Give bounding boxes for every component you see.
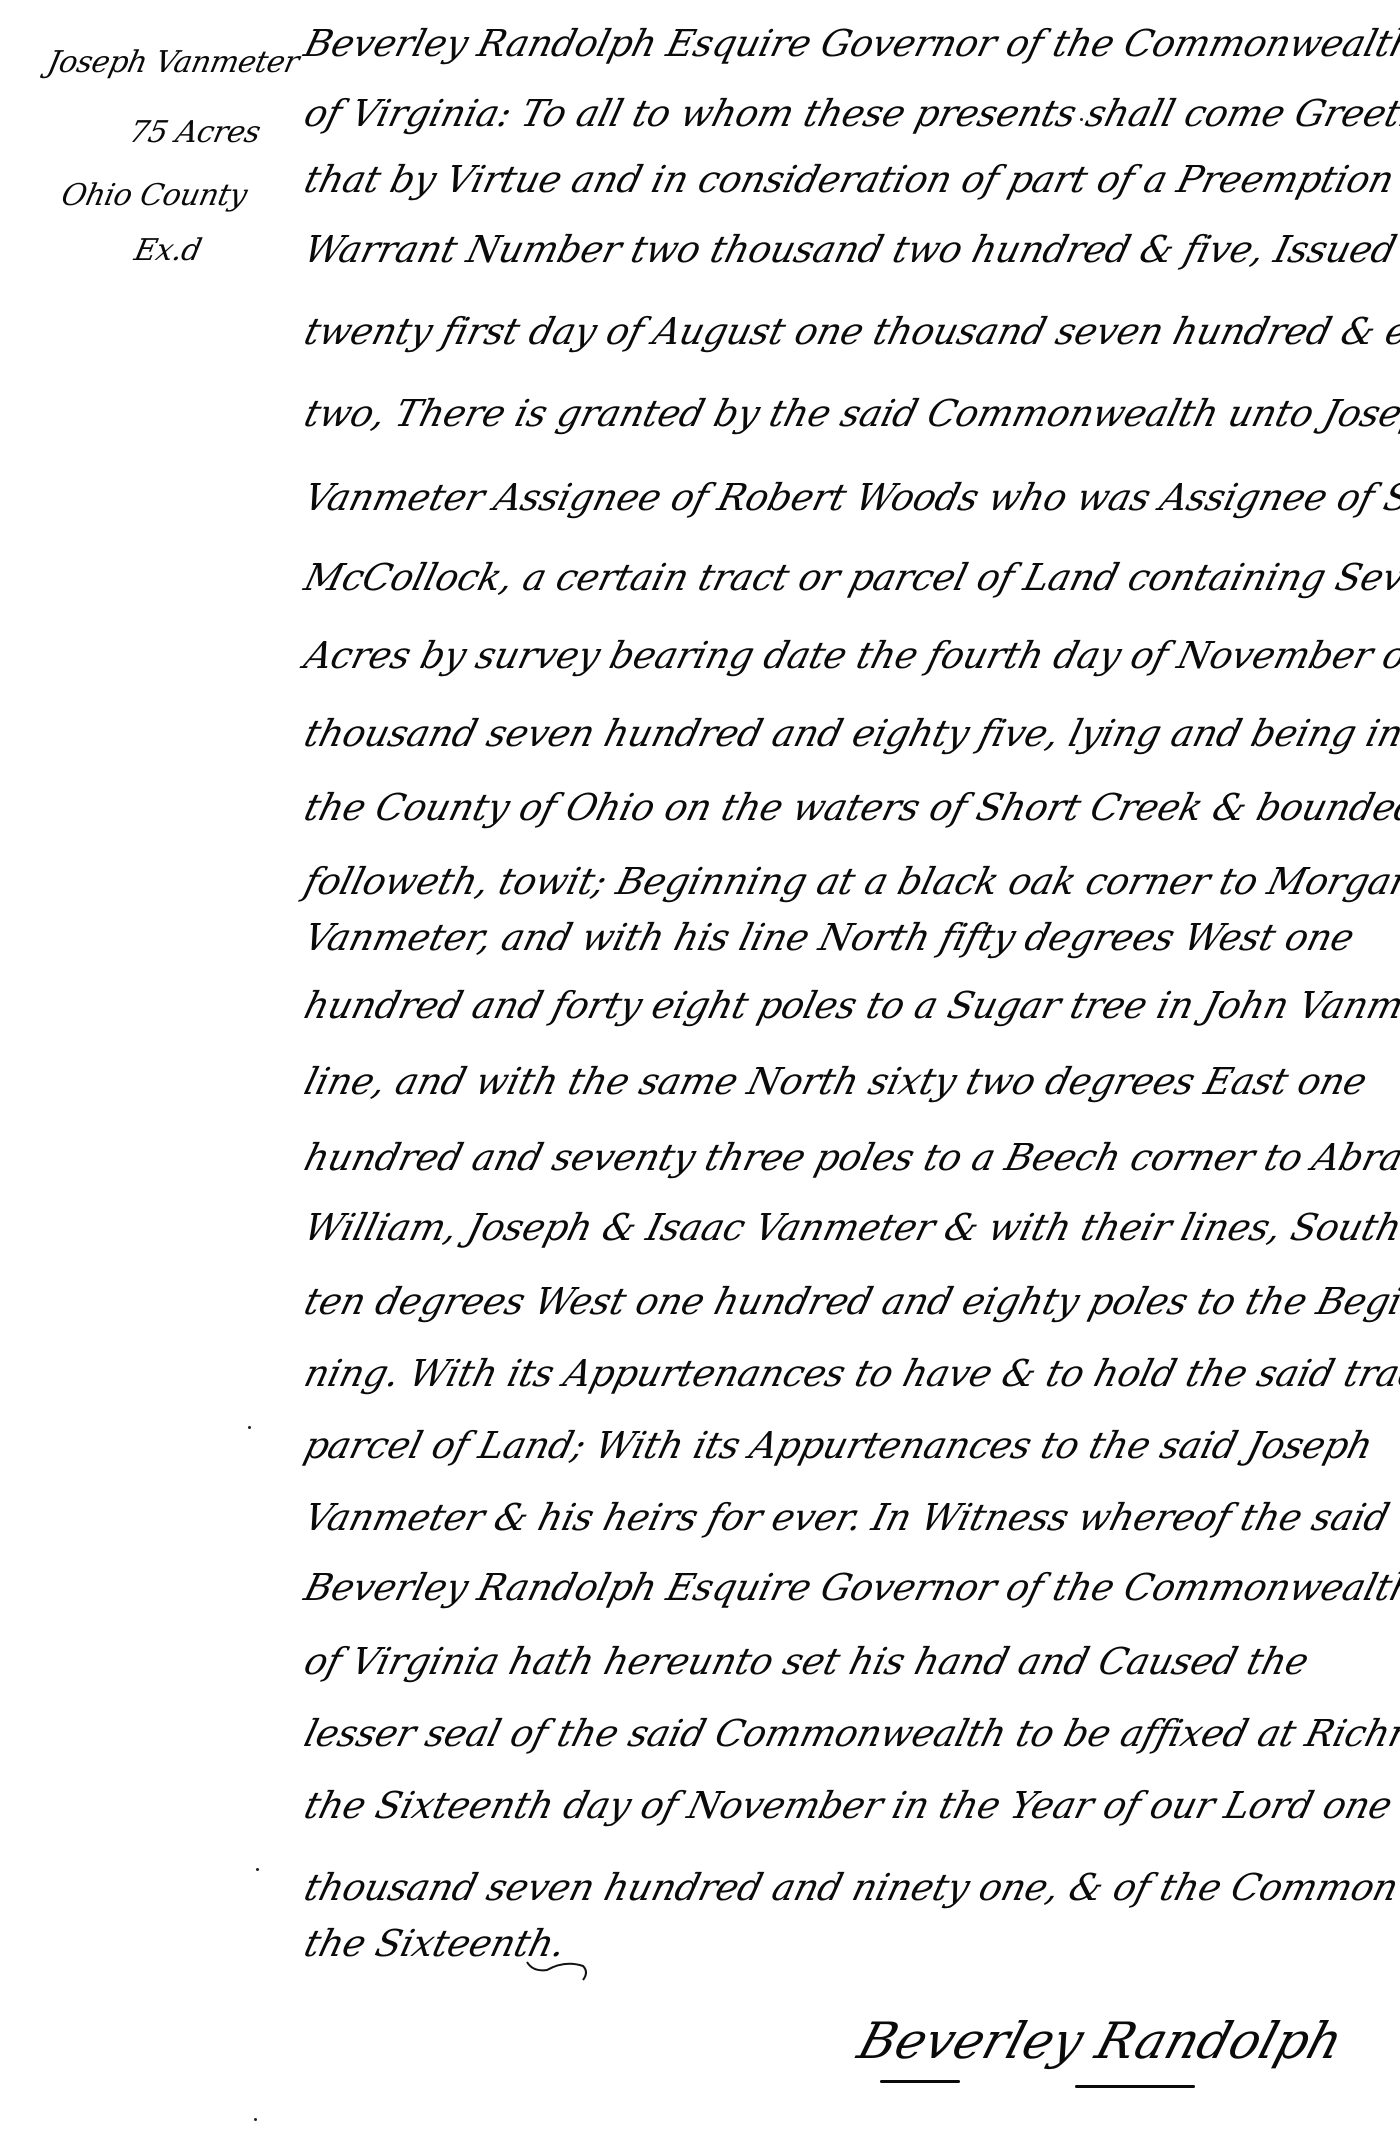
body-line: thousand seven hundred and ninety one, &… xyxy=(300,1866,1400,1909)
body-line: ten degrees West one hundred and eighty … xyxy=(300,1280,1400,1323)
flourish-icon xyxy=(525,1950,595,1990)
body-line: the County of Ohio on the waters of Shor… xyxy=(300,786,1400,829)
margin-grantee-name: Joseph Vanmeter xyxy=(44,45,302,80)
body-line: hundred and forty eight poles to a Sugar… xyxy=(300,984,1400,1027)
body-line: Vanmeter Assignee of Robert Woods who wa… xyxy=(300,476,1400,519)
body-line: twenty first day of August one thousand … xyxy=(300,310,1400,353)
ink-speck xyxy=(254,2118,257,2121)
body-line: Beverley Randolph Esquire Governor of th… xyxy=(300,1566,1400,1609)
margin-acreage: 75 Acres xyxy=(126,115,263,150)
body-line: that by Virtue and in consideration of p… xyxy=(300,158,1400,201)
body-line: McCollock, a certain tract or parcel of … xyxy=(300,556,1400,599)
body-line: line, and with the same North sixty two … xyxy=(300,1060,1371,1103)
body-line: parcel of Land; With its Appurtenances t… xyxy=(300,1424,1377,1467)
body-line: of Virginia hath hereunto set his hand a… xyxy=(300,1640,1313,1683)
body-line: followeth, towit; Beginning at a black o… xyxy=(300,860,1400,903)
ink-speck xyxy=(248,1426,251,1429)
ink-speck xyxy=(1080,118,1083,121)
body-line: the Sixteenth day of November in the Yea… xyxy=(300,1784,1396,1827)
body-line: of Virginia: To all to whom these presen… xyxy=(300,92,1400,135)
margin-examined: Ex.d xyxy=(131,233,204,268)
body-line: hundred and seventy three poles to a Bee… xyxy=(300,1136,1400,1179)
signature-underline xyxy=(880,2080,960,2083)
body-line: lesser seal of the said Commonwealth to … xyxy=(300,1712,1400,1755)
body-line: thousand seven hundred and eighty five, … xyxy=(300,712,1400,755)
body-line: ning. With its Appurtenances to have & t… xyxy=(300,1352,1400,1395)
body-line: Vanmeter & his heirs for ever. In Witnes… xyxy=(300,1496,1393,1539)
body-line: William, Joseph & Isaac Vanmeter & with … xyxy=(300,1206,1400,1249)
margin-county: Ohio County xyxy=(58,178,250,213)
ink-speck xyxy=(256,1868,259,1871)
body-line: two, There is granted by the said Common… xyxy=(300,392,1400,435)
document-page: Joseph Vanmeter 75 Acres Ohio County Ex.… xyxy=(0,0,1400,2129)
governor-signature: Beverley Randolph xyxy=(852,2012,1350,2070)
body-line: Warrant Number two thousand two hundred … xyxy=(300,228,1400,271)
body-line: Beverley Randolph Esquire Governor of th… xyxy=(300,22,1400,65)
body-line: Vanmeter, and with his line North fifty … xyxy=(300,916,1358,959)
body-line: Acres by survey bearing date the fourth … xyxy=(300,634,1400,677)
signature-underline xyxy=(1075,2085,1195,2088)
